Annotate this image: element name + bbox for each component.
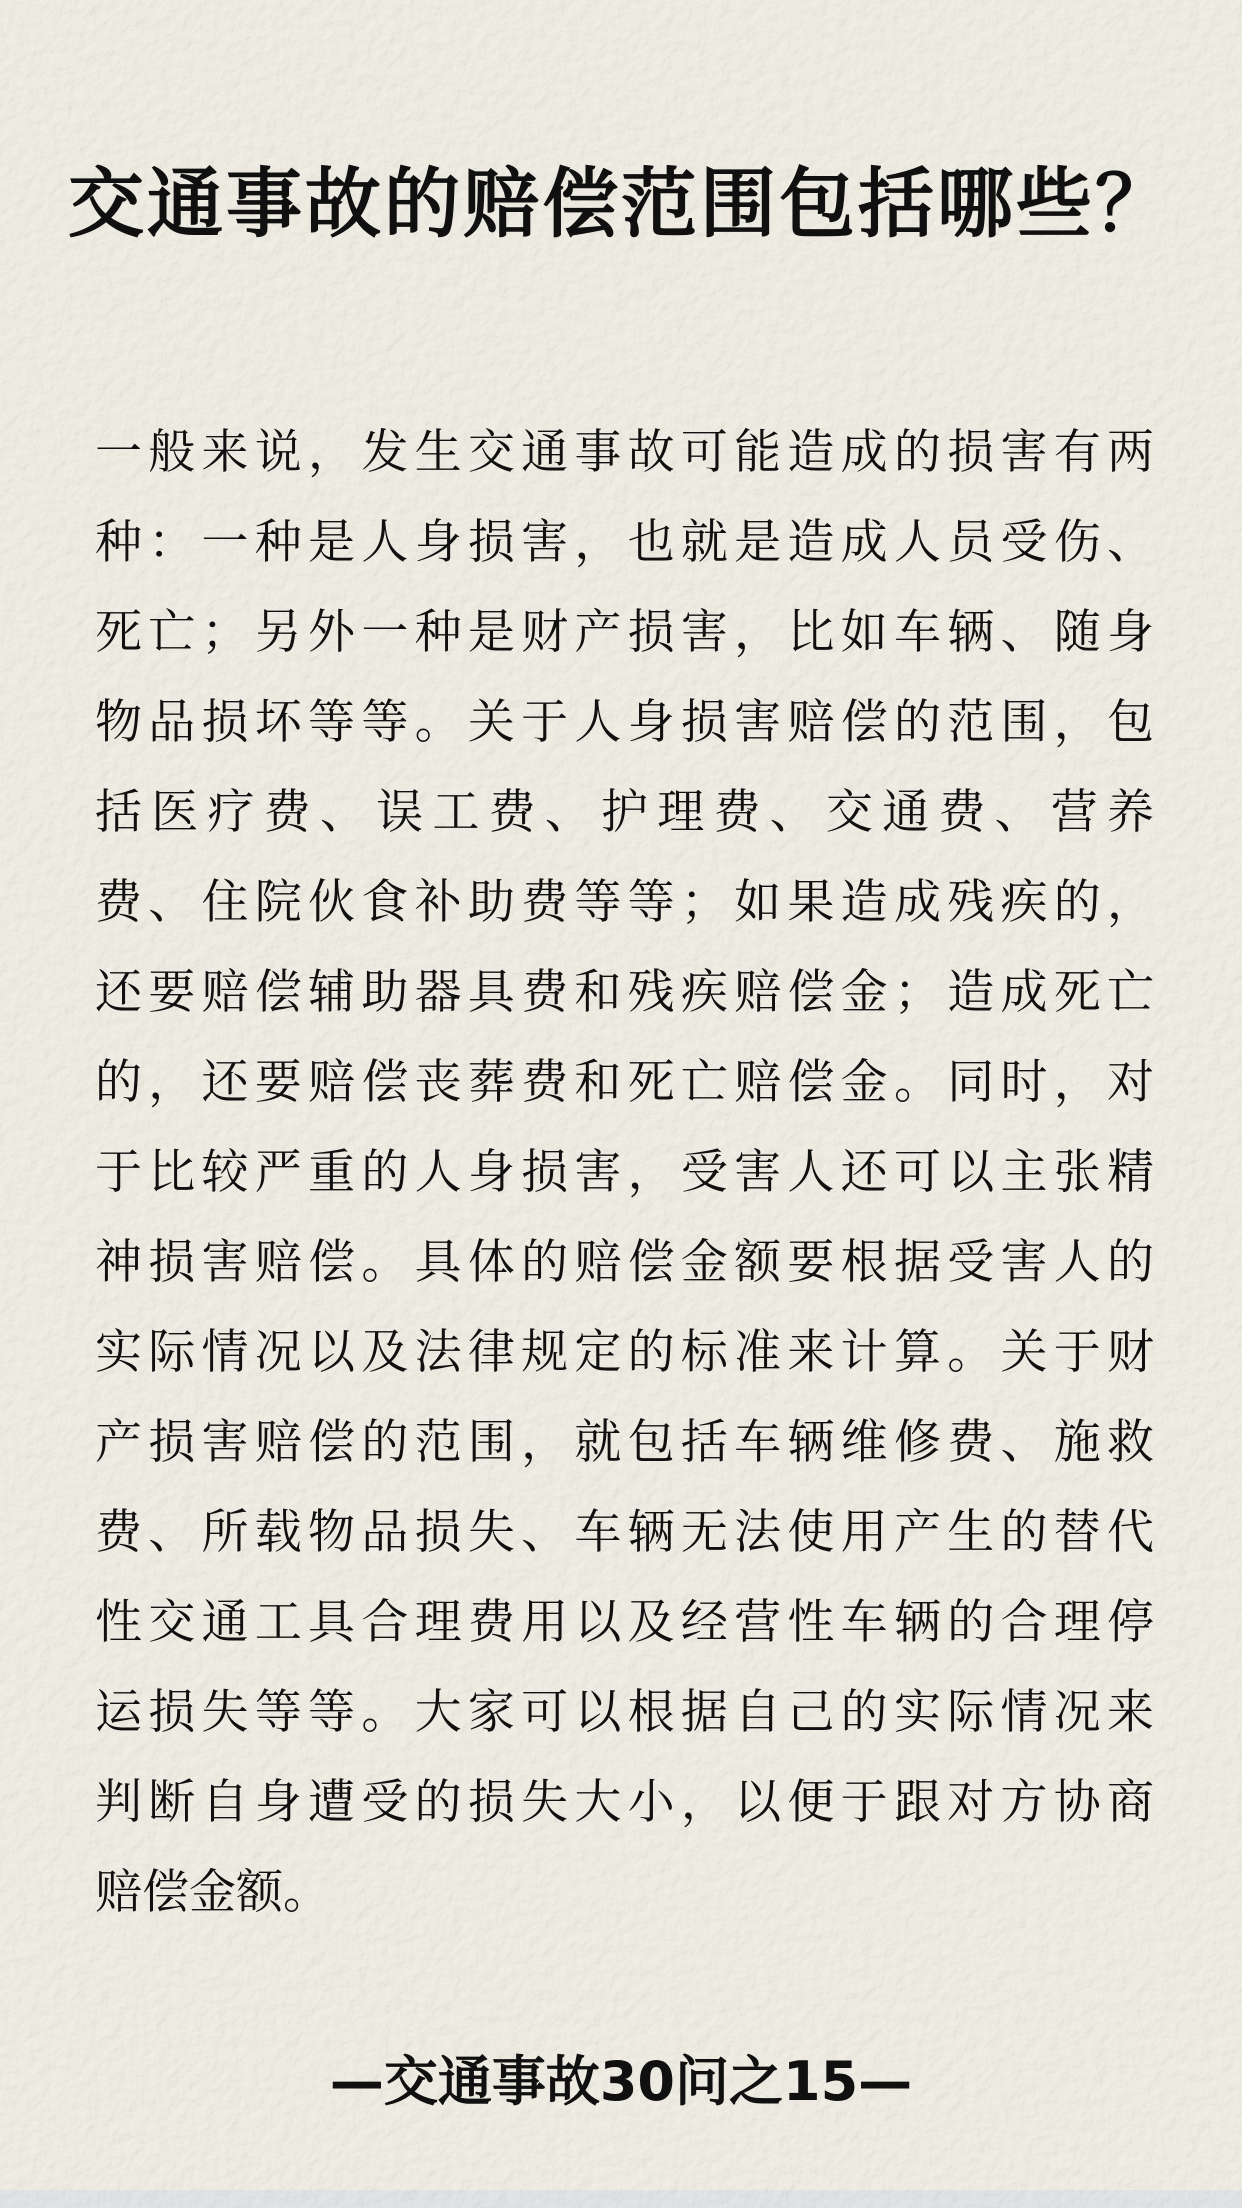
body-line: 神损害赔偿。具体的赔偿金额要根据受害人的: [95, 1218, 1154, 1308]
body-line: 种：一种是人身损害，也就是造成人员受伤、: [95, 498, 1154, 588]
body-line: 费、住院伙食补助费等等；如果造成残疾的，: [95, 858, 1154, 948]
body-line: 产损害赔偿的范围，就包括车辆维修费、施救: [95, 1398, 1154, 1488]
body-line: 的，还要赔偿丧葬费和死亡赔偿金。同时，对: [95, 1038, 1154, 1128]
series-footer: —交通事故30问之15—: [0, 2042, 1242, 2122]
article-body: 一般来说，发生交通事故可能造成的损害有两种：一种是人身损害，也就是造成人员受伤、…: [95, 408, 1154, 1938]
body-line: 死亡；另外一种是财产损害，比如车辆、随身: [95, 588, 1154, 678]
body-line: 物品损坏等等。关于人身损害赔偿的范围，包: [95, 678, 1154, 768]
body-line: 实际情况以及法律规定的标准来计算。关于财: [95, 1308, 1154, 1398]
body-line: 一般来说，发生交通事故可能造成的损害有两: [95, 408, 1154, 498]
body-line: 括医疗费、误工费、护理费、交通费、营养: [95, 768, 1154, 858]
body-line: 性交通工具合理费用以及经营性车辆的合理停: [95, 1578, 1154, 1668]
page-title: 交通事故的赔偿范围包括哪些？: [0, 148, 1242, 260]
body-line: 还要赔偿辅助器具费和残疾赔偿金；造成死亡: [95, 948, 1154, 1038]
body-line: 于比较严重的人身损害，受害人还可以主张精: [95, 1128, 1154, 1218]
body-line: 判断自身遭受的损失大小，以便于跟对方协商: [95, 1758, 1154, 1848]
body-line: 赔偿金额。: [95, 1848, 1154, 1938]
body-line: 费、所载物品损失、车辆无法使用产生的替代: [95, 1488, 1154, 1578]
article-card: 交通事故的赔偿范围包括哪些？ 一般来说，发生交通事故可能造成的损害有两种：一种是…: [0, 0, 1242, 2208]
body-line: 运损失等等。大家可以根据自己的实际情况来: [95, 1668, 1154, 1758]
